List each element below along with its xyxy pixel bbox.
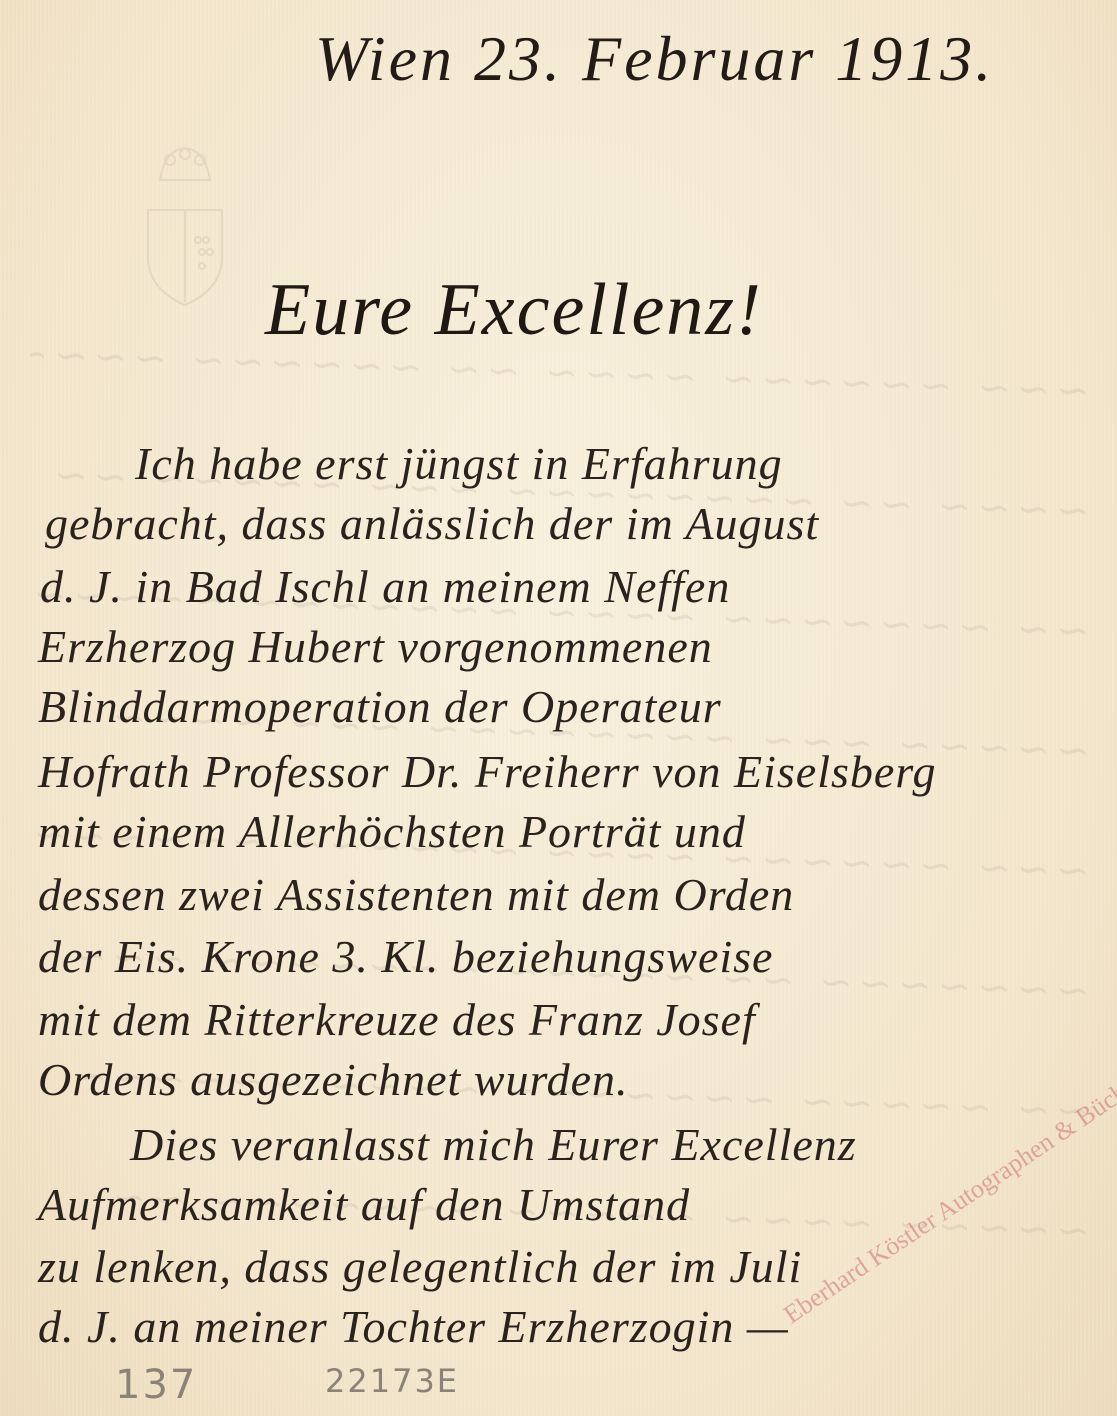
body-line: Hofrath Professor Dr. Freiherr von Eisel…	[38, 745, 937, 798]
body-line: Ich habe erst jüngst in Erfahrung	[135, 437, 783, 490]
body-line: Erzherzog Hubert vorgenommenen	[38, 620, 713, 673]
body-line: der Eis. Krone 3. Kl. beziehungsweise	[38, 930, 773, 983]
body-line: d. J. in Bad Ischl an meinem Neffen	[40, 560, 730, 613]
body-line: mit dem Ritterkreuze des Franz Josef	[38, 993, 756, 1046]
body-line: dessen zwei Assistenten mit dem Orden	[38, 868, 794, 921]
body-line: Dies veranlasst mich Eurer Excellenz	[130, 1118, 857, 1171]
body-line: Aufmerksamkeit auf den Umstand	[38, 1178, 690, 1231]
body-line: Blinddarmoperation der Operateur	[38, 680, 722, 733]
body-line: gebracht, dass anlässlich der im August	[45, 497, 819, 550]
crest-icon	[140, 140, 230, 310]
body-line: mit einem Allerhöchsten Porträt und	[38, 805, 746, 858]
body-line: Ordens ausgezeichnet wurden.	[38, 1053, 629, 1106]
body-line: d. J. an meiner Tochter Erzherzogin —	[38, 1300, 789, 1353]
body-line: zu lenken, dass gelegentlich der im Juli	[38, 1240, 802, 1293]
salutation: Eure Excellenz!	[265, 268, 763, 353]
letter-page: ~~~ ~~~~~~ ~~~~ ~~ ~~~~~~ ~~~~~ ~~~~ ~~ …	[0, 0, 1117, 1416]
pencil-annotation-left: 137	[115, 1362, 197, 1408]
pencil-annotation-right: 22173E	[325, 1362, 459, 1400]
dateline: Wien 23. Februar 1913.	[315, 22, 994, 96]
